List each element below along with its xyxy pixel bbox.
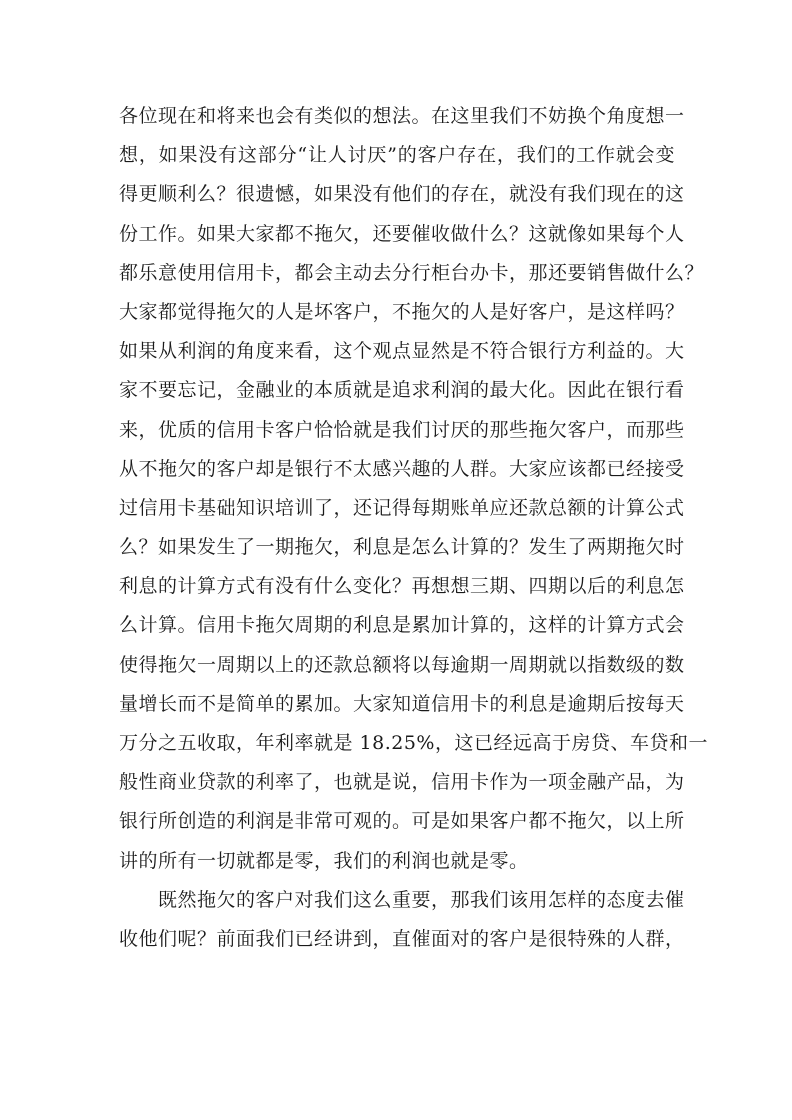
text-line: 如果从利润的角度来看，这个观点显然是不符合银行方利益的。大 (119, 332, 675, 371)
text-line: 过信用卡基础知识培训了，还记得每期账单应还款总额的计算公式 (119, 489, 675, 528)
text-line: 从不拖欠的客户却是银行不太感兴趣的人群。大家应该都已经接受 (119, 450, 675, 489)
text-line: 想，如果没有这部分“让人讨厌”的客户存在，我们的工作就会变 (119, 136, 675, 175)
text-line: 都乐意使用信用卡，都会主动去分行柜台办卡，那还要销售做什么？ (119, 254, 675, 293)
text-line: 万分之五收取，年利率就是 18.25%，这已经远高于房贷、车贷和一 (119, 724, 675, 763)
document-page: 各位现在和将来也会有类似的想法。在这里我们不妨换个角度想一 想，如果没有这部分“… (119, 97, 675, 959)
text-line: 份工作。如果大家都不拖欠，还要催收做什么？这就像如果每个人 (119, 215, 675, 254)
text-line: 利息的计算方式有没有什么变化？再想想三期、四期以后的利息怎 (119, 567, 675, 606)
text-line: 么计算。信用卡拖欠周期的利息是累加计算的，这样的计算方式会 (119, 606, 675, 645)
text-line: 么？如果发生了一期拖欠，利息是怎么计算的？发生了两期拖欠时 (119, 528, 675, 567)
text-line: 使得拖欠一周期以上的还款总额将以每逾期一周期就以指数级的数 (119, 646, 675, 685)
text-line: 得更顺利么？很遗憾，如果没有他们的存在，就没有我们现在的这 (119, 175, 675, 214)
text-line: 既然拖欠的客户对我们这么重要，那我们该用怎样的态度去催 (119, 881, 675, 920)
text-line: 银行所创造的利润是非常可观的。可是如果客户都不拖欠，以上所 (119, 802, 675, 841)
text-line: 讲的所有一切就都是零，我们的利润也就是零。 (119, 842, 675, 881)
paragraph-1: 各位现在和将来也会有类似的想法。在这里我们不妨换个角度想一 想，如果没有这部分“… (119, 97, 675, 881)
text-line: 量增长而不是简单的累加。大家知道信用卡的利息是逾期后按每天 (119, 685, 675, 724)
text-line: 般性商业贷款的利率了，也就是说，信用卡作为一项金融产品，为 (119, 763, 675, 802)
text-line: 各位现在和将来也会有类似的想法。在这里我们不妨换个角度想一 (119, 97, 675, 136)
text-line: 收他们呢？前面我们已经讲到，直催面对的客户是很特殊的人群， (119, 920, 675, 959)
text-line: 来，优质的信用卡客户恰恰就是我们讨厌的那些拖欠客户，而那些 (119, 411, 675, 450)
text-line: 家不要忘记，金融业的本质就是追求利润的最大化。因此在银行看 (119, 371, 675, 410)
text-line: 大家都觉得拖欠的人是坏客户，不拖欠的人是好客户，是这样吗？ (119, 293, 675, 332)
paragraph-2: 既然拖欠的客户对我们这么重要，那我们该用怎样的态度去催 收他们呢？前面我们已经讲… (119, 881, 675, 959)
